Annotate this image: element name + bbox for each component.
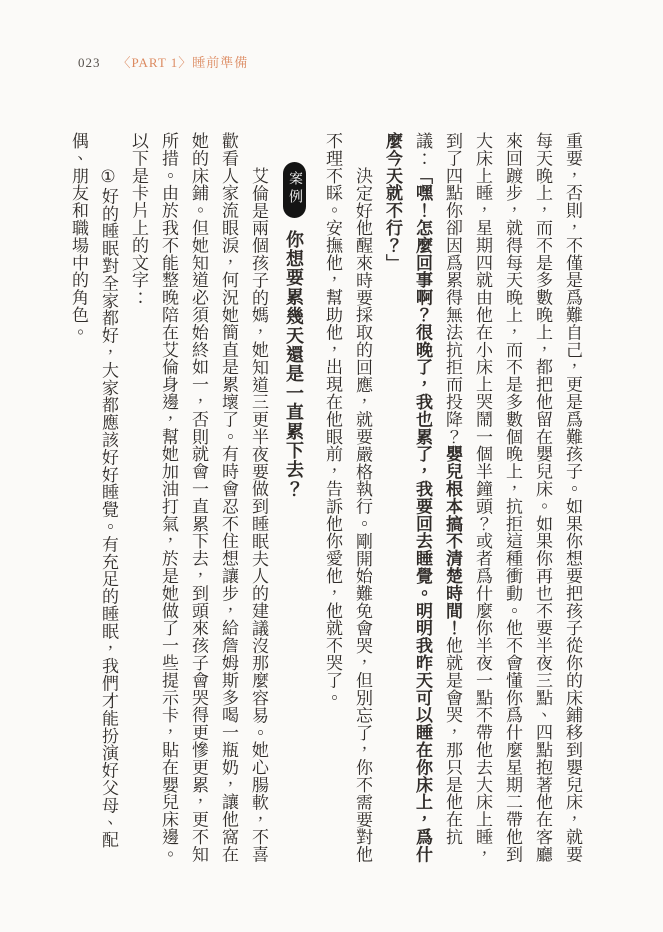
part-label: 〈PART 1〉睡前準備 <box>118 55 249 70</box>
card-item-text: 好的睡眠對全家都好，大家都應該好好睡覺。有充足的睡眠，我們才能扮演好父母、配偶、… <box>69 132 118 849</box>
list-marker: ① <box>99 167 118 187</box>
text-run-bold: 嬰兒根本搞不清楚時間！ <box>443 445 462 636</box>
text-run-bold: 「嘿！怎麼回事啊？很晚了，我也累了，我要回去睡覺。明明我昨天可以睡在你床上，爲什… <box>383 132 432 863</box>
paragraph-response: 決定好他醒來時要採取的回應，就要嚴格執行。剛開始難免會哭，但別忘了，你不需要對他… <box>317 132 377 880</box>
book-page: 023〈PART 1〉睡前準備 重要，否則，不僅是爲難自己，更是爲難孩子。如果你… <box>0 0 663 932</box>
running-head: 023〈PART 1〉睡前準備 <box>78 52 248 71</box>
section-title: 你想要累幾天還是一直累下去？ <box>284 230 304 499</box>
paragraph-case-story: 艾倫是兩個孩子的媽，她知道三更半夜要做到睡眠夫人的建議沒那麼容易。她心腸軟，不喜… <box>153 132 273 880</box>
case-badge: 案例 <box>283 162 306 218</box>
paragraph-card-intro: 以下是卡片上的文字： <box>123 132 153 880</box>
paragraph-consistency: 重要，否則，不僅是爲難自己，更是爲難孩子。如果你想要把孩子從你的床鋪移到嬰兒床，… <box>377 132 587 880</box>
case-section-head: 案例你想要累幾天還是一直累下去？ <box>278 132 310 880</box>
card-item: ①好的睡眠對全家都好，大家都應該好好睡覺。有充足的睡眠，我們才能扮演好父母、配偶… <box>63 132 123 880</box>
page-number: 023 <box>78 55 101 70</box>
body-text: 重要，否則，不僅是爲難自己，更是爲難孩子。如果你想要把孩子從你的床鋪移到嬰兒床，… <box>55 132 587 880</box>
text-run: 重要，否則，不僅是爲難自己，更是爲難孩子。如果你想要把孩子從你的床鋪移到嬰兒床，… <box>443 132 582 863</box>
